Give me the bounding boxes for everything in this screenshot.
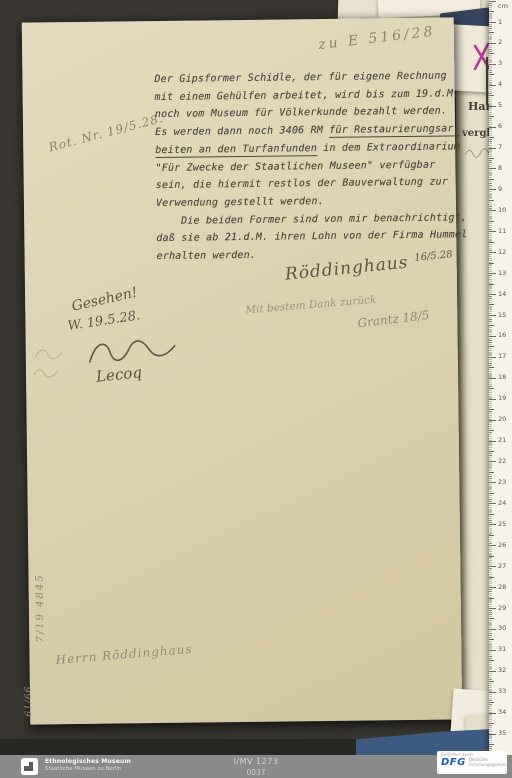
ink-line-mark	[486, 57, 488, 104]
ruler-tick	[489, 252, 496, 253]
ruler-number: 17	[498, 352, 511, 360]
ruler-tick	[489, 210, 496, 211]
ruler-number: 12	[498, 248, 511, 256]
ruler-tick	[489, 32, 494, 33]
ruler-tick	[489, 11, 494, 12]
dfg-acronym: DFG	[441, 757, 466, 768]
ruler-tick	[489, 64, 496, 65]
ruler-tick	[489, 53, 494, 54]
ruler-number: 21	[498, 436, 511, 444]
ruler-unit-label: cm	[498, 2, 508, 10]
ruler-tick	[489, 598, 494, 599]
ruler-tick	[489, 95, 494, 96]
ruler-number: 33	[498, 687, 511, 695]
signature-lecoq: Lecoq	[95, 363, 142, 385]
ruler-number: 14	[498, 290, 511, 298]
ruler-tick	[489, 346, 494, 347]
ruler-number: 7	[498, 143, 511, 151]
ruler-tick	[489, 294, 496, 295]
ruler-tick	[489, 158, 494, 159]
ruler-tick	[489, 127, 496, 128]
ruler-tick	[489, 189, 496, 190]
ruler-tick	[489, 618, 494, 619]
ruler-tick	[489, 639, 494, 640]
pencil-edge-number: 61/66	[24, 686, 34, 717]
dfg-name-line2: Forschungsgemeinschaft	[469, 762, 512, 767]
ruler-number: 24	[498, 499, 511, 507]
ruler-number: 1	[498, 18, 511, 26]
cm-ruler: cm 1234567891011121314151617181920212223…	[489, 0, 512, 757]
ruler-number: 3	[498, 59, 511, 67]
illegible-pencil-note	[463, 145, 491, 161]
ruler-tick	[489, 608, 496, 609]
ruler-tick	[489, 650, 496, 651]
ruler-tick	[489, 231, 496, 232]
shelfmark: I/MV 1273	[0, 758, 512, 766]
ruler-tick	[489, 43, 496, 44]
ruler-tick	[489, 587, 496, 588]
ruler-tick	[489, 284, 494, 285]
pencil-margin-note: Rot. Nr. 19/5.28.	[47, 111, 165, 155]
ruler-tick	[489, 106, 496, 107]
ruler-tick	[489, 263, 494, 264]
illegible-pencil-initials	[32, 344, 79, 387]
ruler-tick	[489, 179, 494, 180]
ruler-number: 23	[498, 478, 511, 486]
ruler-number: 11	[498, 227, 511, 235]
ruler-number: 6	[498, 122, 511, 130]
ruler-tick	[489, 702, 494, 703]
ruler-number: 20	[498, 415, 511, 423]
ruler-number: 18	[498, 373, 511, 381]
ruler-tick	[489, 723, 494, 724]
ruler-tick	[489, 681, 494, 682]
ruler-number: 27	[498, 562, 511, 570]
ruler-tick	[489, 660, 494, 661]
ruler-tick	[489, 493, 494, 494]
ruler-tick	[489, 734, 496, 735]
ruler-tick	[489, 22, 496, 23]
ruler-tick	[489, 221, 494, 222]
ruler-number: 5	[498, 101, 511, 109]
ruler-tick	[489, 315, 496, 316]
ruler-tick	[489, 577, 494, 578]
pencil-edge-number: 7/19 4845	[34, 573, 46, 642]
ruler-number: 25	[498, 520, 511, 528]
signature-date: 16/5.28	[414, 249, 453, 264]
ruler-number: 2	[498, 38, 511, 46]
ruler-number: 26	[498, 541, 511, 549]
ruler-tick	[489, 514, 494, 515]
footer-bar: Ethnologisches Museum Staatliche Museen …	[0, 755, 512, 778]
ruler-tick	[489, 451, 494, 452]
ruler-number: 4	[498, 80, 511, 88]
ruler-tick	[489, 545, 496, 546]
scan-page-number: 0037	[0, 769, 512, 777]
ruler-tick	[489, 671, 496, 672]
ruler-tick	[489, 503, 496, 504]
pencil-file-number: zu E 516/28	[317, 24, 436, 54]
ruler-tick	[489, 273, 496, 274]
ruler-number: 10	[498, 206, 511, 214]
letter-page: zu E 516/28 Rot. Nr. 19/5.28. Der Gipsfo…	[22, 17, 463, 724]
ruler-tick	[489, 441, 496, 442]
ruler-tick	[489, 74, 494, 75]
ruler-number: 22	[498, 457, 511, 465]
ruler-number: 29	[498, 604, 511, 612]
ruler-tick	[489, 629, 496, 630]
ruler-tick	[489, 713, 496, 714]
ruler-tick	[489, 116, 494, 117]
ruler-tick	[489, 744, 494, 745]
ruler-tick	[489, 336, 496, 337]
ruler-number: 28	[498, 583, 511, 591]
ruler-tick	[489, 388, 494, 389]
ruler-tick	[489, 168, 496, 169]
scanned-document-view: Ham vergleid zu E 516/28 Rot. Nr. 19/5.2…	[0, 0, 512, 778]
ruler-number: 35	[498, 729, 511, 737]
ruler-number: 19	[498, 394, 511, 402]
typewritten-text: Der Gipsformer Schidle, der für eigene R…	[154, 67, 472, 266]
ruler-tick	[489, 461, 496, 462]
document-identifier: I/MV 1273 0037	[0, 758, 512, 777]
pencil-return-signature: Grantz 18/5	[357, 308, 430, 330]
ruler-tick	[489, 566, 496, 567]
ruler-number: 16	[498, 331, 511, 339]
dfg-logo-row: DFG Deutsche Forschungsgemeinschaft	[441, 757, 503, 768]
dfg-full-name: Deutsche Forschungsgemeinschaft	[469, 758, 512, 767]
ruler-tick	[489, 1, 496, 2]
ruler-number: 31	[498, 645, 511, 653]
ruler-number: 13	[498, 269, 511, 277]
ruler-tick	[489, 535, 494, 536]
ruler-tick	[489, 399, 496, 400]
ruler-tick	[489, 242, 494, 243]
ruler-tick	[489, 357, 496, 358]
ruler-tick	[489, 148, 496, 149]
ruler-tick	[489, 85, 496, 86]
ruler-tick	[489, 472, 494, 473]
ruler-number: 9	[498, 185, 511, 193]
ruler-tick	[489, 137, 494, 138]
ruler-tick	[489, 524, 496, 525]
ruler-tick	[489, 692, 496, 693]
ruler-number: 30	[498, 624, 511, 632]
ruler-tick	[489, 556, 494, 557]
ruler-number: 15	[498, 311, 511, 319]
ruler-tick	[489, 304, 494, 305]
ruler-number: 34	[498, 708, 511, 716]
ruler-tick	[489, 482, 496, 483]
ruler-tick	[489, 409, 494, 410]
ruler-tick	[489, 325, 494, 326]
ruler-number: 8	[498, 164, 511, 172]
pencil-addressee-note: Herrn Röddinghaus	[55, 642, 193, 667]
pencil-return-note: Mit bestem Dank zurück	[245, 294, 377, 317]
dfg-logo-box: Gefördert durch DFG Deutsche Forschungsg…	[437, 751, 507, 774]
ruler-tick	[489, 430, 494, 431]
ruler-tick	[489, 420, 496, 421]
ruler-number: 32	[498, 666, 511, 674]
ruler-tick	[489, 367, 494, 368]
ruler-tick	[489, 200, 494, 201]
ruler-tick	[489, 378, 496, 379]
